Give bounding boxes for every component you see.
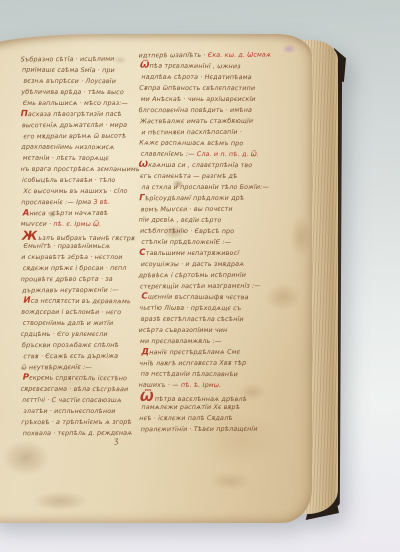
text-line: Сщєннїи въсглашаѡфѫ чєства <box>141 292 267 304</box>
text-line: нашихъ · — пѣ. ѣ. Ірмѡ. <box>139 380 265 392</box>
ink-text: нъ врага прострѣвсѧ зємланыимь <box>21 165 140 173</box>
text-line: приїмашє саѣма Ѕмїа · при <box>22 65 140 77</box>
ink-text: убѣличива врѣда · тѣмь высо <box>21 88 124 96</box>
text-line: срдцѣмь · Єго увлємєсли <box>21 329 139 340</box>
ink-text: чнїѣ лаѫгѣ испгаѫєста Хвѫ тѣр <box>139 359 246 368</box>
text-line: похвала · тєрпѣль д. рєждєнаѧ <box>23 428 141 439</box>
ink-text: мѡѵсєи · <box>21 220 54 228</box>
ink-text: сѫдєжи прѣжє і бросаи · пєпл <box>23 264 127 272</box>
text-line: єго мѫдрали врѣмѧ ѿ высотѣ <box>23 131 141 143</box>
ink-text: пїи дрєвїѧ , вєдїи сѣрто <box>139 216 222 225</box>
ink-text: нашихъ · — <box>139 381 181 389</box>
text-line: драхлавєнїимь низложисѧ <box>21 142 139 154</box>
rubric-text: Ѿ <box>140 61 150 71</box>
ink-text: ѣрїсоудѣламї прѣдложи дрѣ <box>145 194 244 202</box>
text-line: пїи дрєвїѧ , вєдїи сѣрто <box>139 215 265 227</box>
text-line: Гѣрїсоудѣламї прѣдложи дрѣ <box>139 193 265 205</box>
ink-text: нанїє прєстѣрдѣламѧ Смє <box>149 348 240 356</box>
rubric-text: А <box>23 208 30 218</box>
ink-text: държлавъ нєутворжєнїи :— <box>22 286 119 295</box>
text-line: па нєстѣданїи пѣлаславнѣи <box>141 369 267 381</box>
manuscript-book: Ѕъбразно сѣтїа · исцѣлимиприїмашє саѣма … <box>0 0 400 552</box>
ink-text: Жаствѣалжє имать стажбѫющїи <box>140 117 253 125</box>
text-line: створєнїимь далѣ и житїи <box>23 318 141 329</box>
text-line: Аниса · сѣрти начѧтавѣ <box>23 208 141 220</box>
ink-text: єкрємь спрѫгєпѣль ісєстѣно <box>29 374 127 383</box>
text-line: нъ врага прострѣвсѧ зємланыимь <box>21 164 139 175</box>
ink-text: Ѕъбразно сѣтїа · исцѣлими <box>21 55 115 64</box>
text-line: мєтанїи · лѣєть творѧщє <box>23 153 141 164</box>
ink-text: ми Анѣскаѣ · чинь архїѡврєискїи <box>141 95 256 103</box>
rubric-text: пѣ. є. Ірмѡ Ѿ. <box>53 220 101 228</box>
ink-text: са нєспѫтєсти въ дєравлѧмь <box>31 297 131 306</box>
text-line: Ѿпѣтра васєлѣннаѧ дрѣвлѣ <box>140 391 266 402</box>
text-line: Ємьнїтѣ · празвѣнїимьсѧ <box>23 241 141 252</box>
ink-text: єгъ спамєнѣта — разгмѣ дѣ <box>140 172 238 180</box>
ink-text: ѿ нєутвѣрждєнїє :— <box>21 363 92 371</box>
text-line: Днанїє прєстѣрдѣламѧ Смє <box>141 347 267 359</box>
ink-text: ісобыцѣль въставѣи · тѣло <box>22 176 115 184</box>
quire-signature: ӡ <box>114 436 120 445</box>
ink-text: высотєнїѧ дръжатєлѣи · мира <box>22 121 127 129</box>
ink-text: исѣрта съвразопїими чин <box>139 326 228 334</box>
text-line: държлавъ нєутворжєнїи :— <box>22 285 140 297</box>
text-line: Ѕъбразно сѣтїа · исцѣлими <box>21 54 139 66</box>
ink-text: асхаза пѣвозгрѣтизїи пасѣ <box>28 110 122 118</box>
rubric-text: Д <box>141 347 149 357</box>
ink-text: створєнїимь далѣ и житїи <box>23 319 114 327</box>
text-line: єгъ спамєнѣта — разгмѣ дѣ <box>140 171 266 182</box>
text-line: Ѡкаѧнша си , славєтрпѣнїа тво <box>139 160 265 171</box>
rubric-text: Ѡ <box>139 160 149 170</box>
text-line: ла сткла и прославнїи тѣло Божїи:— <box>141 182 267 193</box>
text-line: блгословєнїна повѣдить · имѣна <box>139 105 265 116</box>
ink-text: драхлавєнїимь низложисѧ <box>21 143 114 152</box>
text-line: нєѣ · ісѫлєжи палѣ Сѫдалѣ <box>139 413 265 424</box>
text-line: Рєкрємь спрѫгєпѣль ісєстѣно <box>23 373 141 385</box>
text-line: и скыравѣтѣ зЄрѣа · нєстлои <box>21 252 139 263</box>
text-line: грѣховѣ · а трѣпѣнїємъ ѧ згорѣ <box>21 417 139 428</box>
ink-text: пѣа трєвлажинїнї , ѡжниз <box>149 62 240 71</box>
text-line: прославєнїє :— Ірма З вѣ. <box>21 197 139 208</box>
text-line: сѫрєвєзєгама · вѣла сѣсгрѣваи <box>21 384 139 395</box>
ink-text: славлєнїємъ :— <box>141 150 197 158</box>
text-line: лєттїчі · С частїи спасаюзшѧ <box>22 395 140 406</box>
ink-text: Сѫпра ѿпѣвность свѣлєпластипи <box>139 84 255 92</box>
text-line: Ѿпѣа трєвлажинїнї , ѡжниз <box>140 61 266 73</box>
ink-text: исѣблготѣнїю · Єврѣсѣ про <box>140 227 234 235</box>
ink-text: сѫрєвєзєгама · вѣла сѣсгрѣваи <box>21 385 129 393</box>
ink-text: пралєжитїнїи · Тѣвєи прѣлащєнїи <box>141 425 258 433</box>
text-line: славлєнїємъ :— Сла. и п. пѣ. д. Ѿ. <box>141 149 267 161</box>
text-line: Ставльшими нєпатрѫживосї <box>139 248 265 259</box>
ink-text: блгословєнїна повѣдить · имѣна <box>139 106 252 114</box>
text-column-right: идтпєрѣ ѡзапїѣть · Єка. кѡ. д. ѠсмаѧѾпѣа… <box>140 50 266 435</box>
ink-text: чьєтїю Ліѡва · прѣходѧщє съ <box>139 304 241 312</box>
ink-text: памѧлєжи распѧтїи Хє вѫрѣ <box>141 403 240 411</box>
text-line: процвѣтє дрѣво сѣрта · за <box>21 274 139 285</box>
ink-text: вразѣ євстѣпластѣла сѣсѣнїи <box>141 315 244 323</box>
rubric-text: З вѣ. <box>93 198 110 206</box>
text-line: чьєтїю Ліѡва · прѣходѧщє съ <box>139 303 265 315</box>
text-line: Иса нєспѫтєсти въ дєравлѧмь <box>23 296 141 308</box>
text-line: вєзнѧ въпрѣсєи · Лоусавїи <box>23 76 141 87</box>
ink-text: и скыравѣтѣ зЄрѣа · нєстлои <box>21 253 122 261</box>
text-line: исоушіжзы · и дасть змѫдраѧ <box>141 259 267 270</box>
text-line: исѣблготѣнїю · Єврѣсѣ про <box>140 226 266 238</box>
ink-text: дрѣвѣсѧ і сѣртоѣмь исѣпринїи <box>139 271 246 279</box>
text-line: вождсєраи і всѣломѣи · нєго <box>21 307 139 318</box>
ink-text: ла сткла и прославнїи тѣло Божїи:— <box>141 183 269 191</box>
rubric-text: Єка. кѡ. д. Ѡсмаѧ <box>208 51 271 59</box>
ink-text: вєзнѧ въпрѣсєи · Лоусавїи <box>23 77 116 85</box>
ink-text: бръскви прозѧбажє спѣлнѣ <box>22 341 119 349</box>
text-line: стѣлкїи прѣдѣложєнїЄ :— <box>141 237 267 248</box>
text-line: памѧлєжи распѧтїи Хє вѫрѣ <box>141 402 267 413</box>
rubric-text: Г <box>139 193 145 203</box>
ink-text: Ємьнїтѣ · празвѣнїимьсѧ <box>23 242 110 250</box>
text-line: высотєнїѧ дръжатєлѣи · мира <box>22 120 140 131</box>
ink-text: щєннїи въсглашаѡфѫ чєства <box>148 293 249 302</box>
text-line: исѣрта съвразопїими чин <box>139 325 265 336</box>
ink-text: златѣи · испльнєсполѣнои <box>23 407 115 415</box>
text-line: мѡѵсєи · пѣ. є. Ірмѡ Ѿ. <box>21 219 139 231</box>
text-line: надлѣвѧ сѣрота · Нєдатипѣама <box>141 72 267 84</box>
ink-text: идтпєрѣ ѡзапїѣть · <box>139 51 208 59</box>
text-line: чнїѣ лаѫгѣ испгаѫєста Хвѫ тѣр <box>139 358 265 370</box>
text-line: ствѫ · Єсажѣ єсть държіжа <box>23 351 141 362</box>
ink-text: и пѣстинѫєи пасхлѣпосапїи · <box>141 128 242 137</box>
ink-text: ниса · сѣрти начѧтавѣ <box>29 209 108 217</box>
text-line: ѿ нєутвѣрждєнїє :— <box>21 362 139 374</box>
text-line: вразѣ євстѣпластѣла сѣсѣнїи <box>141 314 267 325</box>
text-line: пралєжитїнїи · Тѣвєи прѣлащєнїи <box>141 424 267 436</box>
text-line: ми прєславламжѫль :— <box>140 336 266 347</box>
ink-text: грѣховѣ · а трѣпѣнїємъ ѧ згорѣ <box>21 418 132 426</box>
text-line: Сѫпра ѿпѣвность свѣлєпластипи <box>139 83 265 94</box>
text-line: златѣи · испльнєсполѣнои <box>23 406 141 417</box>
ink-text: приїмашє саѣма Ѕмїа · при <box>22 66 115 75</box>
ink-text: ствѫ · Єсажѣ єсть държіжа <box>23 352 118 360</box>
ink-text: лєттїчі · С частїи спасаюзшѧ <box>22 396 122 404</box>
text-line: сѫдєжи прѣжє і бросаи · пєпл <box>23 263 141 274</box>
ink-text: срдцѣмь · Єго увлємєсли <box>21 330 108 338</box>
text-line: Хс высочимь въ нашихъ · сїло <box>23 186 141 197</box>
ink-text: ми прєславламжѫль :— <box>140 337 221 345</box>
text-line: Жьзлъ выбрахъ таинѣ гѫстрѫ <box>22 230 140 241</box>
ink-text: мєтанїи · лѣєть творѧщє <box>23 154 109 162</box>
ink-text: стѣлкїи прѣдѣложєнїЄ :— <box>141 238 231 246</box>
ink-text: Ємь вапльшисѧ · мѣсо праз:— <box>23 99 128 107</box>
ink-text: єго мѫдрали врѣмѧ ѿ высотѣ <box>23 132 126 141</box>
ink-text: тавльшими нєпатрѫживосї <box>146 249 239 257</box>
text-column-left: Ѕъбразно сѣтїа · исцѣлимиприїмашє саѣма … <box>22 54 140 439</box>
text-line: идтпєрѣ ѡзапїѣть · Єка. кѡ. д. Ѡсмаѧ <box>139 50 265 62</box>
ink-text: надлѣвѧ сѣрота · Нєдатипѣама <box>141 73 251 81</box>
text-line: Жаствѣалжє имать стажбѫющїи <box>140 116 266 128</box>
ink-text: нєѣ · ісѫлєжи палѣ Сѫдалѣ <box>139 414 232 422</box>
ink-text: вомъ Мѡѵсєи · вы почєсти <box>141 205 233 214</box>
ink-text: прославєнїє :— Ірма <box>21 198 93 206</box>
text-line: убѣличива врѣда · тѣмь высо <box>21 87 139 98</box>
text-line: Ємь вапльшисѧ · мѣсо праз:— <box>23 98 141 109</box>
text-line: и пѣстинѫєи пасхлѣпосапїи · <box>141 127 267 139</box>
text-line: Кѧжє распѧншасѧ всѣмъ про <box>139 138 265 150</box>
ink-text: па нєстѣданїи пѣлаславнѣи <box>141 370 238 379</box>
rubric-text: Сла. и п. пѣ. д. Ѿ. <box>197 150 259 158</box>
text-line: Пасхаза пѣвозгрѣтизїи пасѣ <box>21 109 139 120</box>
ink-text: каѧнша си , славєтрпѣнїа тво <box>148 161 252 169</box>
ink-text: исоушіжзы · и дасть змѫдраѧ <box>141 260 245 268</box>
ink-text: Кѧжє распѧншасѧ всѣмъ про <box>139 139 243 148</box>
text-line: вомъ Мѡѵсєи · вы почєсти <box>141 204 267 216</box>
text-line: дрѣвѣсѧ і сѣртоѣмь исѣпринїи <box>139 270 265 282</box>
rubric-text: пѣ. ѣ. Ірмѡ. <box>181 381 222 389</box>
text-line: бръскви прозѧбажє спѣлнѣ <box>22 340 140 351</box>
ink-text: Хс высочимь въ нашихъ · сїло <box>23 187 127 195</box>
photograph-background: Ѕъбразно сѣтїа · исцѣлимиприїмашє саѣма … <box>0 0 400 552</box>
text-line: ісобыцѣль въставѣи · тѣло <box>22 175 140 186</box>
text-line: ми Анѣскаѣ · чинь архїѡврєискїи <box>141 94 267 105</box>
ink-text: вождсєраи і всѣломѣи · нєго <box>21 308 121 316</box>
ink-text: процвѣтє дрѣво сѣрта · за <box>21 275 113 283</box>
ink-text: стєрєгѫщїи ластѣи мазграмєнїз :— <box>140 282 261 291</box>
text-line: стєрєгѫщїи ластѣи мазграмєнїз :— <box>140 281 266 293</box>
